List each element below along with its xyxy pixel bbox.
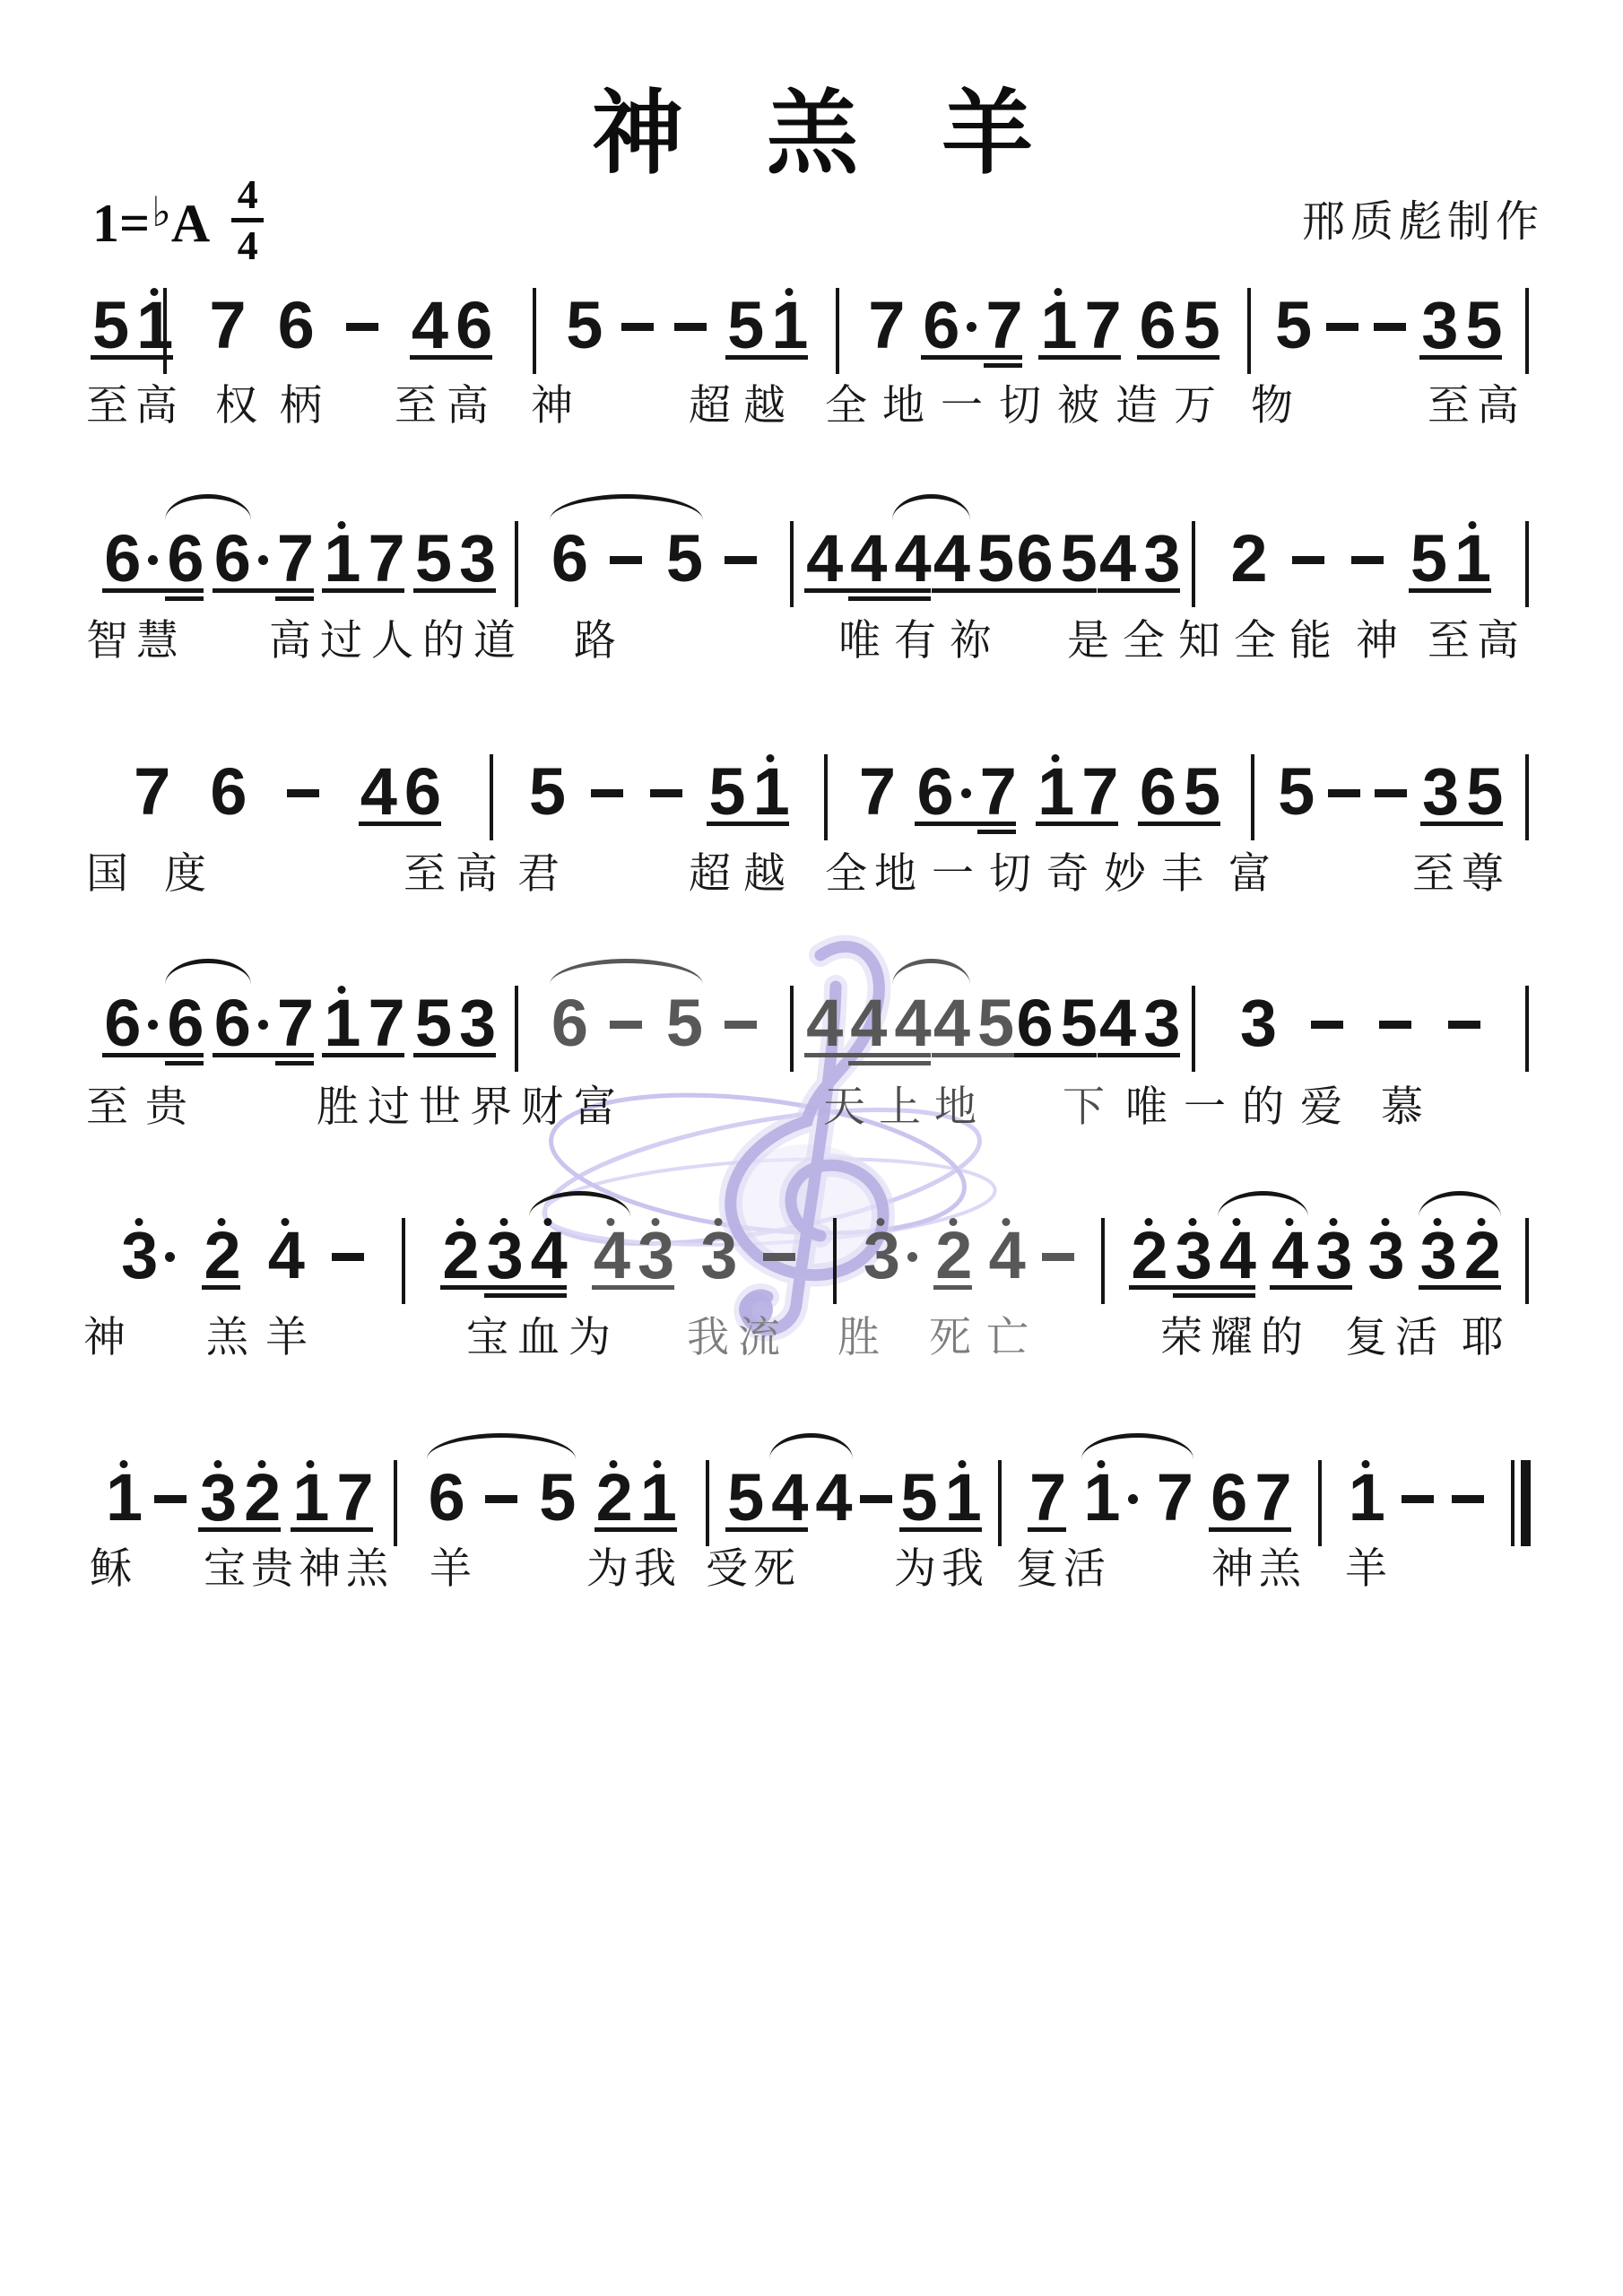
barline <box>1192 986 1195 1072</box>
beam-underline <box>977 830 1016 834</box>
lyric-run: 物 <box>1251 381 1300 430</box>
dot-augmentation <box>961 767 971 798</box>
octave-dot <box>500 1218 508 1226</box>
octave-dot <box>654 1460 662 1468</box>
octave-dot <box>456 1218 464 1226</box>
octave-dot <box>337 986 345 994</box>
dot-augmentation <box>148 998 158 1030</box>
dash-extension <box>725 534 757 564</box>
lyric-run: 全 <box>825 849 874 898</box>
note-digit: 5 <box>1184 300 1219 351</box>
beat-group <box>1042 1231 1074 1261</box>
lyric-run: 至高 <box>1428 381 1526 430</box>
note-digit: 1 <box>1454 534 1489 584</box>
dash-extension <box>1448 998 1480 1029</box>
lyric-run: 权 <box>215 381 265 430</box>
beat-group: 51 <box>92 300 171 351</box>
beat-group: 17 <box>1037 767 1116 817</box>
lyric-run: 超越 <box>689 849 798 898</box>
note-digit: 6 <box>551 534 586 584</box>
note-digit: 7 <box>277 534 312 584</box>
barline <box>836 288 839 374</box>
octave-dot <box>767 754 775 762</box>
beam-underline <box>1098 1053 1180 1057</box>
dash-extension <box>1351 534 1384 564</box>
dot-augmentation <box>148 534 158 565</box>
lyric-run: 死亡 <box>929 1313 1044 1361</box>
beat-group: 21 <box>596 1473 675 1523</box>
barline <box>1525 986 1529 1072</box>
barline <box>1525 754 1529 840</box>
barline <box>1247 288 1251 374</box>
note-digit: 4 <box>268 1231 303 1281</box>
beam-underline <box>592 1285 674 1290</box>
octave-dot <box>1434 1218 1442 1226</box>
dash-extension <box>1311 998 1343 1029</box>
beat-group <box>1374 300 1406 331</box>
beat-group: 65 <box>1139 300 1218 351</box>
dash-extension <box>860 1473 892 1503</box>
lyric-run: 羊 <box>430 1544 479 1593</box>
octave-dot <box>544 1218 552 1226</box>
dot-augmentation <box>258 534 268 565</box>
dash-extension <box>621 300 654 331</box>
octave-dot <box>651 1218 659 1226</box>
note-digit: 3 <box>1422 767 1457 817</box>
beat-group: 67 <box>214 534 312 584</box>
measure: 7671765 <box>829 767 1249 817</box>
note-digit: 6 <box>104 534 139 584</box>
measure: 66671753 <box>85 998 513 1048</box>
beam-underline <box>1419 1285 1501 1290</box>
octave-dot <box>959 1460 967 1468</box>
octave-dot <box>1285 1218 1293 1226</box>
beat-group: 7 <box>209 300 244 351</box>
beat-group: 6 <box>551 998 586 1048</box>
beat-group: 3 <box>700 1231 735 1281</box>
lyric-run: 天上地 <box>823 1083 990 1131</box>
octave-dot <box>257 1460 265 1468</box>
beat-group: 46 <box>412 300 490 351</box>
dash-extension <box>1328 767 1360 797</box>
beat-group <box>154 1473 187 1503</box>
lyric-run: 君 <box>517 849 567 898</box>
lyric-run: 我流 <box>687 1313 789 1361</box>
beat-group: 7 <box>1029 1473 1064 1523</box>
slur-arc <box>550 494 703 520</box>
note-digit: 5 <box>708 767 743 817</box>
note-digit: 5 <box>727 300 762 351</box>
beat-group: 17 <box>324 534 403 584</box>
note-digit: 5 <box>1278 767 1313 817</box>
note-digit: 1 <box>136 300 171 351</box>
octave-dot <box>135 1218 143 1226</box>
slur-arc <box>769 1433 852 1459</box>
note-digit: 4 <box>989 1231 1024 1281</box>
note-digit: 4 <box>1099 998 1134 1048</box>
octave-dot <box>337 521 345 529</box>
note-digit: 1 <box>324 534 359 584</box>
beat-group <box>763 1231 795 1261</box>
note-digit: 6 <box>214 998 249 1048</box>
dot-augmentation <box>1128 1473 1138 1504</box>
beat-group: 51 <box>901 1473 980 1523</box>
note-digit: 2 <box>1464 1231 1499 1281</box>
beam-underline <box>725 1527 808 1532</box>
beat-group: 3 <box>864 1231 917 1281</box>
beam-underline <box>1014 1053 1097 1057</box>
octave-dot <box>282 1218 290 1226</box>
beat-group: 54 <box>727 1473 806 1523</box>
key-tonic: A <box>171 196 210 250</box>
note-digit: 6 <box>404 767 439 817</box>
note-digit: 4 <box>850 534 885 584</box>
dot-augmentation <box>258 998 268 1030</box>
beat-group <box>610 534 642 564</box>
slur-arc <box>165 959 251 985</box>
note-digit: 7 <box>277 998 312 1048</box>
dot-augmentation <box>165 1231 175 1262</box>
barline <box>833 1218 837 1304</box>
octave-dot <box>1189 1218 1197 1226</box>
slur-arc <box>1419 1191 1501 1217</box>
beam-underline <box>848 596 931 601</box>
beat-group <box>725 998 757 1029</box>
beat-group: 5 <box>666 534 701 584</box>
barline <box>533 288 536 374</box>
note-digit: 4 <box>894 534 929 584</box>
octave-dot <box>1233 1218 1241 1226</box>
notation-line: 6667175365444456543251 <box>85 534 1531 607</box>
octave-dot <box>218 1218 226 1226</box>
lyric-run: 至高 <box>404 849 508 898</box>
note-digit: 3 <box>1420 1231 1455 1281</box>
note-digit: 5 <box>666 998 701 1048</box>
note-digit: 1 <box>324 998 359 1048</box>
note-digit: 7 <box>859 767 894 817</box>
lyric-run: 慕 <box>1381 1083 1430 1131</box>
lyric-run: 地一切被造万 <box>882 381 1232 430</box>
octave-dot <box>610 1460 618 1468</box>
dash-extension <box>1326 300 1358 331</box>
beat-group: 65 <box>1016 534 1095 584</box>
note-digit: 7 <box>868 300 903 351</box>
beat-group: 1 <box>1083 1473 1137 1523</box>
lyric-run: 胜 <box>838 1313 887 1361</box>
note-digit: 7 <box>368 998 403 1048</box>
note-digit: 4 <box>594 1231 629 1281</box>
beat-group: 66 <box>104 998 202 1048</box>
beat-group: 45 <box>933 534 1012 584</box>
beam-underline <box>165 596 204 601</box>
lyric-run: 宝血为 <box>466 1313 620 1361</box>
note-digit: 4 <box>771 1473 806 1523</box>
time-signature: 4 4 <box>231 174 264 266</box>
beat-group: 5 <box>539 1473 574 1523</box>
beat-group: 2 <box>1230 534 1265 584</box>
note-digit: 4 <box>894 998 929 1048</box>
note-digit: 2 <box>1131 1231 1166 1281</box>
note-digit: 2 <box>204 1231 239 1281</box>
barline <box>515 986 518 1072</box>
barline <box>490 754 493 840</box>
beat-group: 17 <box>1040 300 1119 351</box>
beat-group: 4 <box>989 1231 1024 1281</box>
lyric-run: 神 <box>531 381 580 430</box>
octave-dot <box>1097 1460 1105 1468</box>
beat-group: 35 <box>1421 300 1500 351</box>
beam-underline <box>1137 355 1219 360</box>
measure: 324 <box>85 1231 400 1281</box>
note-digit: 7 <box>980 767 1015 817</box>
beat-group <box>1448 998 1480 1029</box>
beat-group: 17 <box>324 998 403 1048</box>
beat-group: 43 <box>1099 534 1178 584</box>
note-digit: 7 <box>1029 1473 1064 1523</box>
beam-underline <box>291 1527 373 1532</box>
lyric-run: 超越 <box>689 381 798 430</box>
lyric-run: 宝贵神羔 <box>204 1544 394 1593</box>
flat-sign: ♭ <box>152 191 171 232</box>
note-digit: 6 <box>210 767 245 817</box>
beat-group: 5 <box>566 300 601 351</box>
dash-extension <box>610 998 642 1029</box>
beat-group: 6 <box>278 300 313 351</box>
beam-underline <box>1129 1285 1255 1290</box>
beam-underline <box>413 588 496 593</box>
note-digit: 3 <box>1240 998 1275 1048</box>
slur-arc <box>1081 1433 1193 1459</box>
dash-extension <box>154 1473 187 1503</box>
note-digit: 5 <box>977 998 1012 1048</box>
beat-group: 6 <box>429 1473 464 1523</box>
beam-underline <box>984 363 1022 368</box>
note-digit: 6 <box>214 534 249 584</box>
note-digit: 2 <box>935 1231 970 1281</box>
note-digit: 3 <box>487 1231 522 1281</box>
lyric-run: 度 <box>164 849 213 898</box>
measure: 71767 <box>1003 1473 1316 1523</box>
beat-group: 2 <box>204 1231 239 1281</box>
note-digit: 3 <box>1421 300 1456 351</box>
lyric-run: 国 <box>86 849 135 898</box>
octave-dot <box>1054 288 1062 296</box>
beat-group: 51 <box>708 767 787 817</box>
note-digit: 6 <box>278 300 313 351</box>
note-digit: 6 <box>1016 534 1051 584</box>
measure: 535 <box>1256 767 1523 817</box>
note-digit: 2 <box>596 1473 631 1523</box>
measure: 3 <box>1197 998 1523 1048</box>
note-digit: 5 <box>1184 767 1219 817</box>
meter-numerator: 4 <box>238 174 258 215</box>
beat-group <box>860 1473 892 1503</box>
beam-underline <box>1270 1285 1352 1290</box>
octave-dot <box>949 1218 957 1226</box>
lyric-run: 至高 <box>86 381 185 430</box>
beat-group: 6 <box>210 767 245 817</box>
dash-extension <box>346 300 378 331</box>
beat-group: 32 <box>200 1473 279 1523</box>
lyric-run: 是全知全能 <box>1067 616 1345 665</box>
beat-group: 46 <box>360 767 439 817</box>
beam-underline <box>1036 822 1118 826</box>
beam-underline <box>1419 355 1502 360</box>
beat-group: 2 <box>935 1231 970 1281</box>
beam-underline <box>410 355 492 360</box>
dash-extension <box>763 1231 795 1261</box>
measure: 551 <box>538 300 834 351</box>
lyric-run: 为我 <box>894 1544 989 1593</box>
note-digit: 1 <box>1349 1473 1384 1523</box>
beam-underline <box>1209 1527 1291 1532</box>
measure: 23443332 <box>1107 1231 1523 1281</box>
song-title: 神羔羊 <box>592 90 1033 181</box>
key-prefix: 1= <box>92 196 150 250</box>
dash-extension <box>332 1231 364 1261</box>
beam-underline <box>213 588 314 593</box>
measure: 7646 <box>85 767 488 817</box>
octave-dot <box>1051 754 1059 762</box>
lyric-run: 至尊 <box>1412 849 1511 898</box>
beam-underline <box>213 1053 314 1057</box>
lyric-run: 羊 <box>1345 1544 1394 1593</box>
title-char: 羔 <box>767 90 858 181</box>
beat-group: 4 <box>815 1473 850 1523</box>
dash-extension <box>591 767 623 797</box>
lyric-run: 复活 <box>1345 1313 1445 1361</box>
lyric-run: 柄 <box>280 381 329 430</box>
beat-group <box>287 767 319 797</box>
note-digit: 1 <box>640 1473 675 1523</box>
measure: 65 <box>520 534 787 584</box>
beam-underline <box>198 1527 281 1532</box>
lyric-run: 荣耀的 <box>1160 1313 1311 1361</box>
measure: 66671753 <box>85 534 513 584</box>
octave-dot <box>877 1218 885 1226</box>
note-digit: 5 <box>727 1473 762 1523</box>
note-digit: 3 <box>1315 1231 1350 1281</box>
measure: 324 <box>838 1231 1100 1281</box>
note-digit: 1 <box>106 1473 141 1523</box>
lyric-run: 神 <box>83 1313 133 1361</box>
lyric-run: 至高 <box>1428 616 1526 665</box>
title-char: 神 <box>592 90 683 181</box>
note-digit: 3 <box>1143 534 1178 584</box>
note-digit: 3 <box>1367 1231 1402 1281</box>
beam-underline <box>932 1053 1014 1057</box>
beam-underline <box>899 1527 982 1532</box>
lyric-run: 至贵 <box>86 1083 204 1131</box>
beat-group: 67 <box>923 300 1020 351</box>
dash-extension <box>650 767 682 797</box>
lyric-run: 至高 <box>395 381 499 430</box>
note-digit: 5 <box>1275 300 1310 351</box>
note-digit: 4 <box>1099 534 1134 584</box>
beat-group: 32 <box>1420 1231 1499 1281</box>
beat-group: 65 <box>1016 998 1095 1048</box>
beat-group: 6 <box>551 534 586 584</box>
beat-group: 5 <box>666 998 701 1048</box>
barline <box>998 1460 1002 1546</box>
slur-arc <box>427 1433 577 1459</box>
beat-group: 35 <box>1422 767 1501 817</box>
barline <box>1251 754 1254 840</box>
beat-group <box>650 767 682 797</box>
beam-underline <box>275 596 314 601</box>
barline <box>515 521 518 607</box>
dash-extension <box>1402 1473 1434 1503</box>
sheet-music-page: 神羔羊 1= ♭ A 4 4 邢质彪制作 5176465517671765535… <box>0 0 1623 2296</box>
lyric-run: 胜过世界财 <box>317 1083 572 1131</box>
note-digit: 5 <box>1061 998 1096 1048</box>
beat-group <box>1379 998 1411 1029</box>
barline <box>790 986 794 1072</box>
beam-underline <box>725 355 808 360</box>
note-digit: 7 <box>209 300 244 351</box>
dash-extension <box>1292 534 1324 564</box>
note-digit: 3 <box>459 534 494 584</box>
measure: 444456543 <box>795 534 1190 584</box>
octave-dot <box>1145 1218 1153 1226</box>
note-digit: 6 <box>104 998 139 1048</box>
note-digit: 4 <box>360 767 395 817</box>
lyric-run: 下 <box>1063 1083 1112 1131</box>
note-digit: 1 <box>292 1473 327 1523</box>
beat-group: 1 <box>1349 1473 1384 1523</box>
note-digit: 6 <box>167 998 202 1048</box>
beam-underline <box>91 355 173 360</box>
note-digit: 6 <box>1016 998 1051 1048</box>
note-digit: 7 <box>368 534 403 584</box>
lyric-run: 智慧 <box>86 616 187 665</box>
beam-underline <box>102 1053 204 1057</box>
notation-line: 13217652154451717671 <box>85 1473 1531 1546</box>
beat-group <box>346 300 378 331</box>
note-digit: 5 <box>415 534 450 584</box>
measure: 54451 <box>711 1473 996 1523</box>
beat-group: 444 <box>806 998 929 1048</box>
note-digit: 5 <box>901 1473 936 1523</box>
dot-augmentation <box>967 300 976 332</box>
beat-group <box>1375 767 1407 797</box>
note-digit: 5 <box>1061 534 1096 584</box>
beam-underline <box>165 1061 204 1065</box>
beam-underline <box>1038 355 1121 360</box>
note-digit: 3 <box>700 1231 735 1281</box>
note-digit: 3 <box>1143 998 1178 1048</box>
beam-underline <box>322 1053 404 1057</box>
lyric-run: 富 <box>1228 849 1278 898</box>
barline <box>1192 521 1195 607</box>
lyric-run: 路 <box>574 616 623 665</box>
dot-augmentation <box>907 1231 917 1262</box>
lyric-run: 羔羊 <box>206 1313 325 1361</box>
beat-group: 45 <box>933 998 1012 1048</box>
note-digit: 6 <box>1211 1473 1245 1523</box>
note-digit: 4 <box>815 1473 850 1523</box>
beat-group: 67 <box>916 767 1014 817</box>
beat-group: 4 <box>268 1231 303 1281</box>
beam-underline <box>707 822 789 826</box>
notation-line: 5176465517671765535 <box>85 300 1531 374</box>
beat-group: 43 <box>594 1231 673 1281</box>
note-digit: 3 <box>638 1231 673 1281</box>
dash-extension <box>725 998 757 1029</box>
beam-underline <box>1173 1293 1255 1298</box>
notation-line: 32423443332423443332 <box>85 1231 1531 1304</box>
beat-group: 234 <box>1131 1231 1254 1281</box>
